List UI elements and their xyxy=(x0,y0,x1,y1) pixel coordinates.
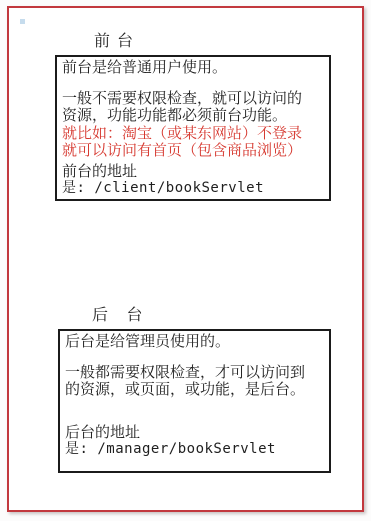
back-intro-text: 后台是给管理员使用的。 xyxy=(65,333,324,350)
back-address-label: 后台的地址 xyxy=(65,424,324,441)
back-address: 后台的地址 是: /manager/bookServlet xyxy=(65,424,324,458)
front-example-red-text: 就比如：淘宝（或某东网站）不登录 就可以访问有首页（包含商品浏览） xyxy=(62,125,324,159)
image-frame: 前台 前台是给普通用户使用。 一般不需要权限检查，就可以访问的 资源，功能功能都… xyxy=(7,6,364,512)
cursor-artifact xyxy=(20,19,25,24)
back-address-value: 是: /manager/bookServlet xyxy=(65,441,324,458)
front-intro-text: 前台是给普通用户使用。 xyxy=(62,59,324,76)
front-panel: 前台是给普通用户使用。 一般不需要权限检查，就可以访问的 资源，功能功能都必须前… xyxy=(55,55,331,201)
back-body-text: 一般都需要权限检查，才可以访问到 的资源，或页面，或功能，是后台。 xyxy=(65,364,324,398)
front-address-value: 是: /client/bookServlet xyxy=(62,180,324,197)
back-section-title: 后 台 xyxy=(92,307,149,325)
front-address: 前台的地址 是: /client/bookServlet xyxy=(62,163,324,197)
document-page: 前台 前台是给普通用户使用。 一般不需要权限检查，就可以访问的 资源，功能功能都… xyxy=(0,0,371,521)
front-address-label: 前台的地址 xyxy=(62,163,324,180)
front-body-text: 一般不需要权限检查，就可以访问的 资源，功能功能都必须前台功能。 xyxy=(62,90,324,124)
back-panel: 后台是给管理员使用的。 一般都需要权限检查，才可以访问到 的资源，或页面，或功能… xyxy=(58,329,331,473)
front-section-title: 前台 xyxy=(94,33,140,51)
